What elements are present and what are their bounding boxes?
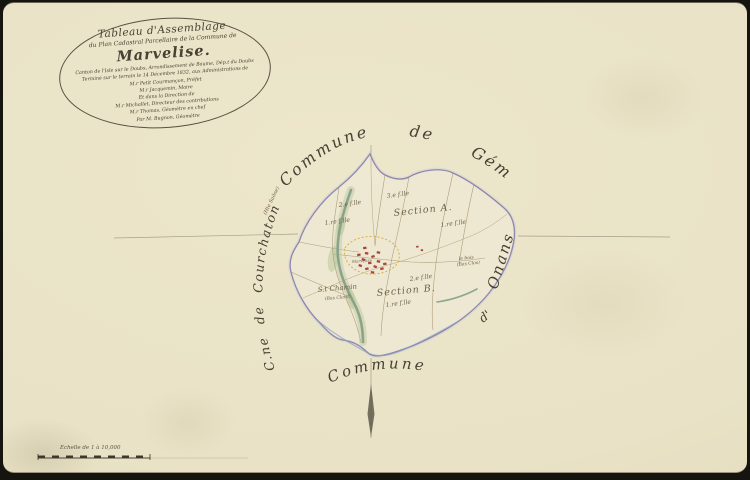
scale-bar: Echelle de 1 à 10,000 (38, 444, 248, 460)
meridian-needle (368, 384, 375, 437)
meridian-line-right (518, 236, 670, 237)
scanned-map-page: Tableau d'Assemblage du Plan Cadastral P… (0, 0, 750, 480)
map-canvas: 2.e f.lle 3.e f.lle Section A. 1.re f.ll… (0, 1, 750, 480)
neighbor-name-left: C.ne de Courchaton (250, 202, 282, 373)
scale-label: Echelle de 1 à 10,000 (59, 444, 121, 451)
neighbor-link-right: d' (476, 308, 493, 326)
neighbor-name-bottom: Commune (325, 354, 428, 386)
paper-sheet: Tableau d'Assemblage du Plan Cadastral P… (3, 2, 747, 473)
commune-map: 2.e f.lle 3.e f.lle Section A. 1.re f.ll… (290, 154, 514, 356)
neighbor-name-top: Commune de Gémonval (0, 1, 516, 190)
